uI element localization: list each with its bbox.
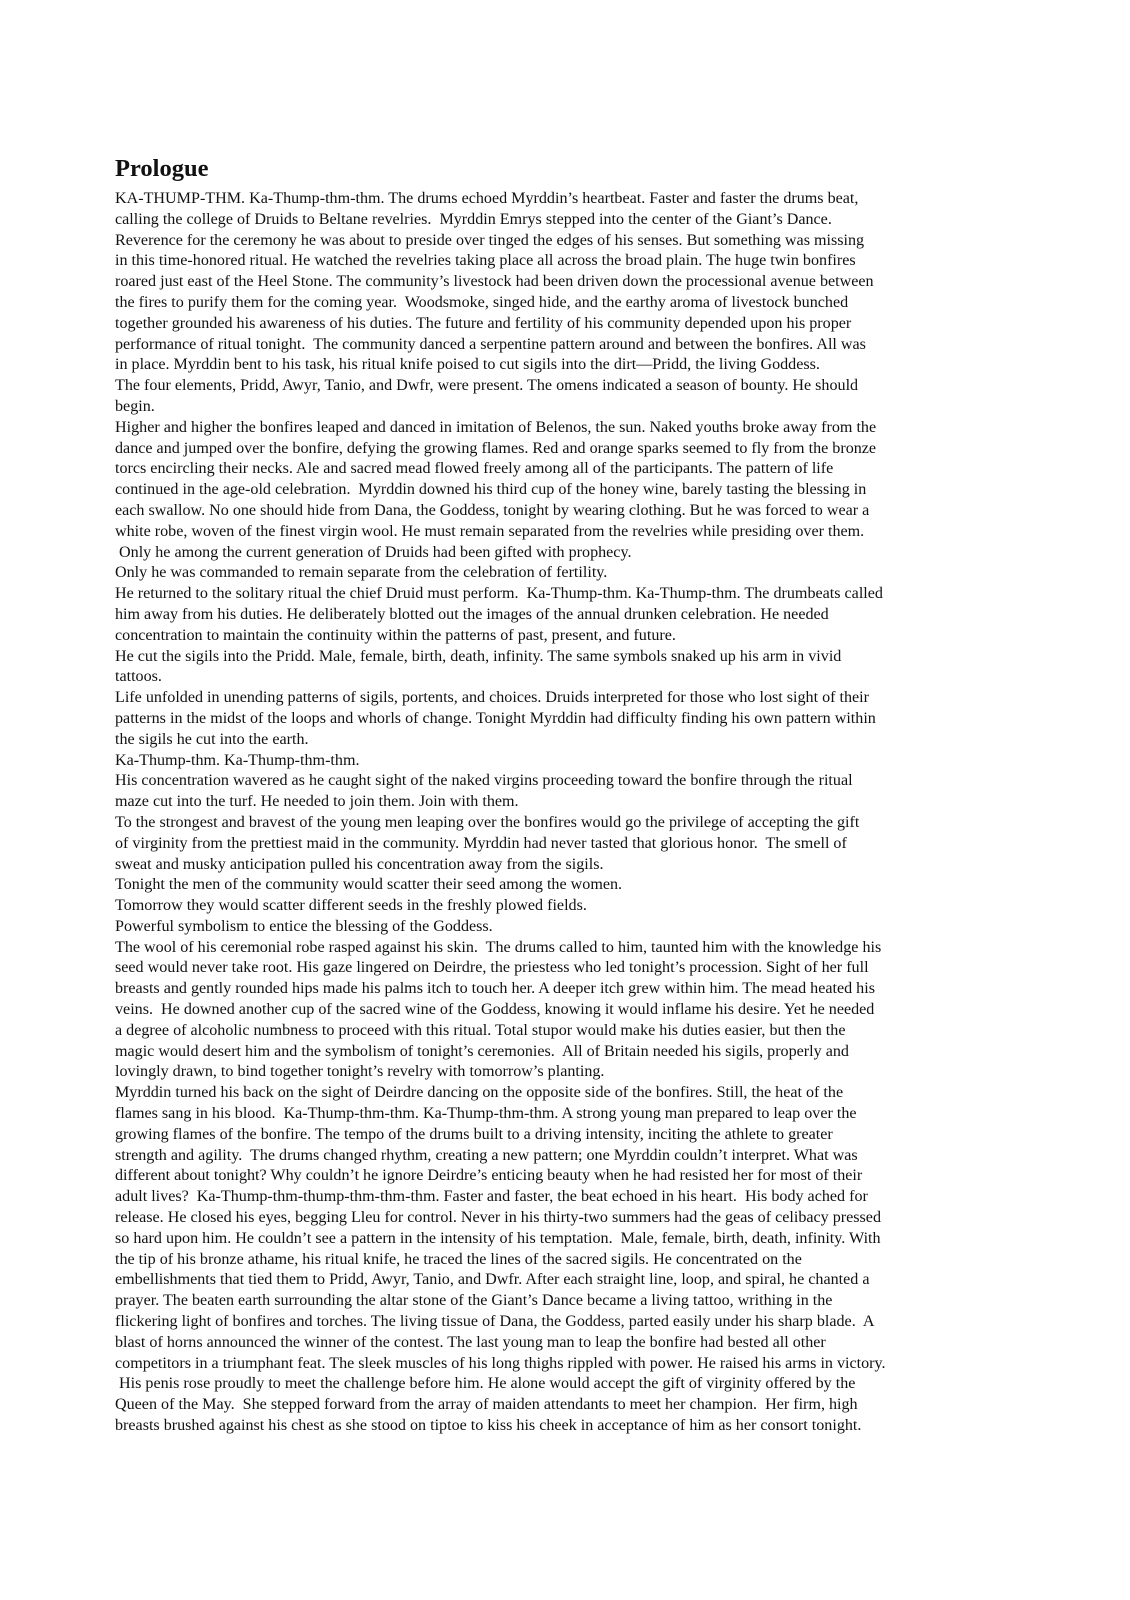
text-line: His penis rose proudly to meet the chall… bbox=[115, 1374, 1015, 1395]
paragraph: Ka-Thump-thm. Ka-Thump-thm-thm. bbox=[115, 751, 1015, 772]
text-line: the sigils he cut into the earth. bbox=[115, 730, 1015, 751]
text-line: KA-THUMP-THM. Ka-Thump-thm-thm. The drum… bbox=[115, 189, 1015, 210]
text-line: different about tonight? Why couldn’t he… bbox=[115, 1166, 1015, 1187]
document-page: Prologue KA-THUMP-THM. Ka-Thump-thm-thm.… bbox=[115, 153, 1015, 1437]
text-line: growing flames of the bonfire. The tempo… bbox=[115, 1125, 1015, 1146]
text-line: Higher and higher the bonfires leaped an… bbox=[115, 418, 1015, 439]
text-line: breasts brushed against his chest as she… bbox=[115, 1416, 1015, 1437]
paragraph: The four elements, Pridd, Awyr, Tanio, a… bbox=[115, 376, 1015, 418]
text-line: prayer. The beaten earth surrounding the… bbox=[115, 1291, 1015, 1312]
paragraph: Only he was commanded to remain separate… bbox=[115, 563, 1015, 584]
text-line: strength and agility. The drums changed … bbox=[115, 1146, 1015, 1167]
chapter-body: KA-THUMP-THM. Ka-Thump-thm-thm. The drum… bbox=[115, 189, 1015, 1437]
text-line: in this time-honored ritual. He watched … bbox=[115, 251, 1015, 272]
text-line: adult lives? Ka-Thump-thm-thump-thm-thm-… bbox=[115, 1187, 1015, 1208]
text-line: He returned to the solitary ritual the c… bbox=[115, 584, 1015, 605]
text-line: torcs encircling their necks. Ale and sa… bbox=[115, 459, 1015, 480]
paragraph: Tomorrow they would scatter different se… bbox=[115, 896, 1015, 917]
text-line: Only he was commanded to remain separate… bbox=[115, 563, 1015, 584]
paragraph: He returned to the solitary ritual the c… bbox=[115, 584, 1015, 646]
text-line: Powerful symbolism to entice the blessin… bbox=[115, 917, 1015, 938]
text-line: flickering light of bonfires and torches… bbox=[115, 1312, 1015, 1333]
text-line: Queen of the May. She stepped forward fr… bbox=[115, 1395, 1015, 1416]
text-line: maze cut into the turf. He needed to joi… bbox=[115, 792, 1015, 813]
text-line: white robe, woven of the finest virgin w… bbox=[115, 522, 1015, 543]
text-line: The four elements, Pridd, Awyr, Tanio, a… bbox=[115, 376, 1015, 397]
text-line: concentration to maintain the continuity… bbox=[115, 626, 1015, 647]
text-line: the tip of his bronze athame, his ritual… bbox=[115, 1250, 1015, 1271]
text-line: begin. bbox=[115, 397, 1015, 418]
text-line: of virginity from the prettiest maid in … bbox=[115, 834, 1015, 855]
paragraph: Life unfolded in unending patterns of si… bbox=[115, 688, 1015, 750]
text-line: embellishments that tied them to Pridd, … bbox=[115, 1270, 1015, 1291]
text-line: breasts and gently rounded hips made his… bbox=[115, 979, 1015, 1000]
text-line: flames sang in his blood. Ka-Thump-thm-t… bbox=[115, 1104, 1015, 1125]
text-line: dance and jumped over the bonfire, defyi… bbox=[115, 439, 1015, 460]
text-line: Ka-Thump-thm. Ka-Thump-thm-thm. bbox=[115, 751, 1015, 772]
text-line: Life unfolded in unending patterns of si… bbox=[115, 688, 1015, 709]
text-line: him away from his duties. He deliberatel… bbox=[115, 605, 1015, 626]
text-line: Myrddin turned his back on the sight of … bbox=[115, 1083, 1015, 1104]
text-line: calling the college of Druids to Beltane… bbox=[115, 210, 1015, 231]
text-line: veins. He downed another cup of the sacr… bbox=[115, 1000, 1015, 1021]
text-line: He cut the sigils into the Pridd. Male, … bbox=[115, 647, 1015, 668]
text-line: To the strongest and bravest of the youn… bbox=[115, 813, 1015, 834]
paragraph: Tonight the men of the community would s… bbox=[115, 875, 1015, 896]
text-line: Tomorrow they would scatter different se… bbox=[115, 896, 1015, 917]
text-line: each swallow. No one should hide from Da… bbox=[115, 501, 1015, 522]
text-line: performance of ritual tonight. The commu… bbox=[115, 335, 1015, 356]
text-line: seed would never take root. His gaze lin… bbox=[115, 958, 1015, 979]
text-line: Only he among the current generation of … bbox=[115, 543, 1015, 564]
text-line: lovingly drawn, to bind together tonight… bbox=[115, 1062, 1015, 1083]
text-line: the fires to purify them for the coming … bbox=[115, 293, 1015, 314]
text-line: Reverence for the ceremony he was about … bbox=[115, 231, 1015, 252]
paragraph: To the strongest and bravest of the youn… bbox=[115, 813, 1015, 875]
text-line: blast of horns announced the winner of t… bbox=[115, 1333, 1015, 1354]
text-line: in place. Myrddin bent to his task, his … bbox=[115, 355, 1015, 376]
text-line: Tonight the men of the community would s… bbox=[115, 875, 1015, 896]
paragraph: Myrddin turned his back on the sight of … bbox=[115, 1083, 1015, 1437]
text-line: competitors in a triumphant feat. The sl… bbox=[115, 1354, 1015, 1375]
text-line: release. He closed his eyes, begging Lle… bbox=[115, 1208, 1015, 1229]
text-line: The wool of his ceremonial robe rasped a… bbox=[115, 938, 1015, 959]
text-line: His concentration wavered as he caught s… bbox=[115, 771, 1015, 792]
text-line: together grounded his awareness of his d… bbox=[115, 314, 1015, 335]
paragraph: Higher and higher the bonfires leaped an… bbox=[115, 418, 1015, 564]
text-line: a degree of alcoholic numbness to procee… bbox=[115, 1021, 1015, 1042]
text-line: roared just east of the Heel Stone. The … bbox=[115, 272, 1015, 293]
text-line: patterns in the midst of the loops and w… bbox=[115, 709, 1015, 730]
text-line: magic would desert him and the symbolism… bbox=[115, 1042, 1015, 1063]
paragraph: He cut the sigils into the Pridd. Male, … bbox=[115, 647, 1015, 689]
text-line: sweat and musky anticipation pulled his … bbox=[115, 855, 1015, 876]
paragraph: KA-THUMP-THM. Ka-Thump-thm-thm. The drum… bbox=[115, 189, 1015, 376]
text-line: tattoos. bbox=[115, 667, 1015, 688]
text-line: so hard upon him. He couldn’t see a patt… bbox=[115, 1229, 1015, 1250]
paragraph: His concentration wavered as he caught s… bbox=[115, 771, 1015, 813]
paragraph: The wool of his ceremonial robe rasped a… bbox=[115, 938, 1015, 1084]
text-line: continued in the age-old celebration. My… bbox=[115, 480, 1015, 501]
paragraph: Powerful symbolism to entice the blessin… bbox=[115, 917, 1015, 938]
chapter-title: Prologue bbox=[115, 153, 1015, 185]
